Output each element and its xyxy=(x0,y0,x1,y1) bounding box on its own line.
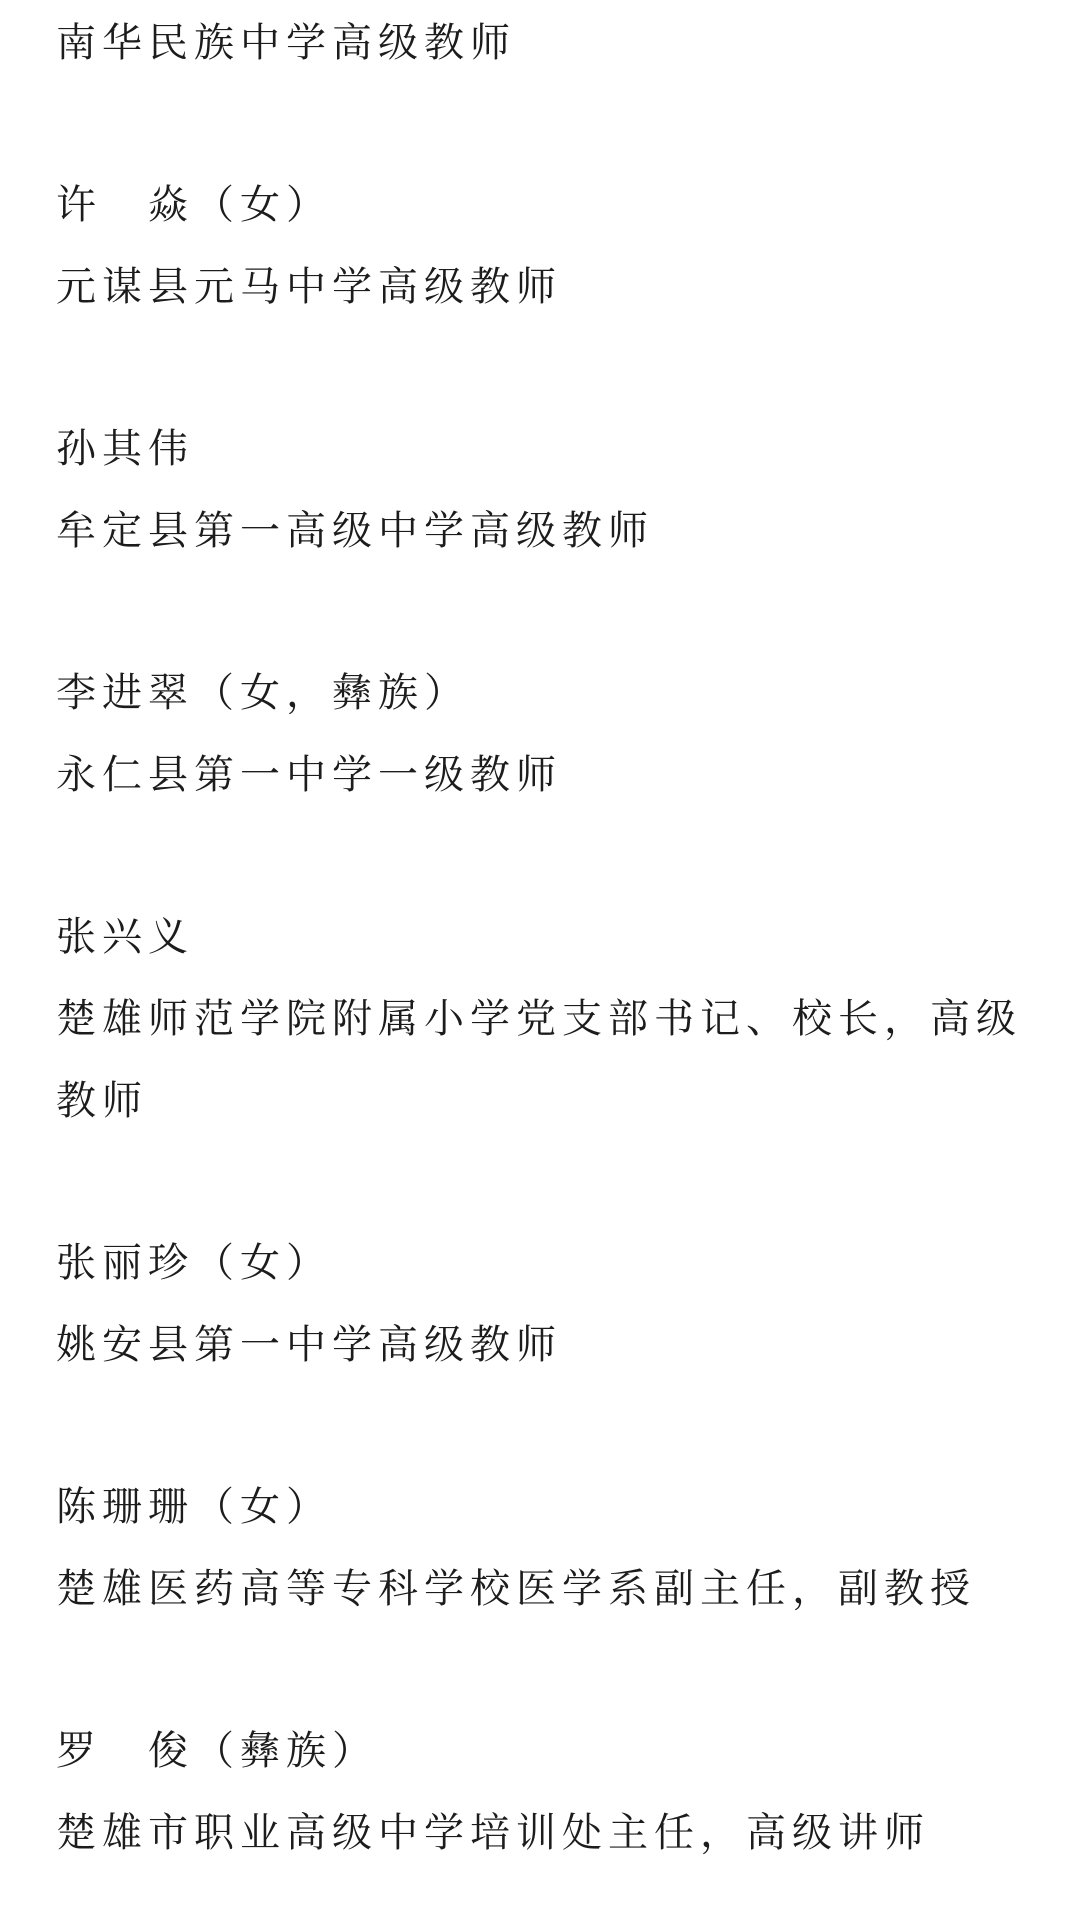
honoree-description: 牟定县第一高级中学高级教师 xyxy=(56,490,1056,572)
honoree-name: 陈珊珊（女） xyxy=(56,1466,1056,1548)
honoree-entry: 李进翠（女，彝族） 永仁县第一中学一级教师 xyxy=(56,652,1056,816)
honoree-list: 南华民族中学高级教师 许 焱（女） 元谋县元马中学高级教师 孙其伟 牟定县第一高… xyxy=(56,2,1056,1874)
honoree-name: 许 焱（女） xyxy=(56,164,1056,246)
honoree-description: 永仁县第一中学一级教师 xyxy=(56,734,1056,816)
honoree-description: 楚雄市职业高级中学培训处主任，高级讲师 xyxy=(56,1792,1056,1874)
honoree-entry: 陈珊珊（女） 楚雄医药高等专科学校医学系副主任，副教授 xyxy=(56,1466,1056,1630)
honoree-entry: 张丽珍（女） 姚安县第一中学高级教师 xyxy=(56,1222,1056,1386)
honoree-entry: 张兴义 楚雄师范学院附属小学党支部书记、校长，高级 教师 xyxy=(56,896,1056,1142)
honoree-description: 楚雄医药高等专科学校医学系副主任，副教授 xyxy=(56,1548,1056,1630)
honoree-description-line-2: 教师 xyxy=(56,1060,1056,1142)
honoree-entry: 罗 俊（彝族） 楚雄市职业高级中学培训处主任，高级讲师 xyxy=(56,1710,1056,1874)
honoree-name: 孙其伟 xyxy=(56,408,1056,490)
honoree-description: 姚安县第一中学高级教师 xyxy=(56,1304,1056,1386)
honoree-description: 元谋县元马中学高级教师 xyxy=(56,246,1056,328)
honoree-name: 张兴义 xyxy=(56,896,1056,978)
honoree-description-line-1: 楚雄师范学院附属小学党支部书记、校长，高级 xyxy=(56,978,1056,1060)
honoree-name: 罗 俊（彝族） xyxy=(56,1710,1056,1792)
honoree-entry: 许 焱（女） 元谋县元马中学高级教师 xyxy=(56,164,1056,328)
honoree-entry: 孙其伟 牟定县第一高级中学高级教师 xyxy=(56,408,1056,572)
previous-entry-description: 南华民族中学高级教师 xyxy=(56,2,1056,84)
honoree-name: 张丽珍（女） xyxy=(56,1222,1056,1304)
honoree-name: 李进翠（女，彝族） xyxy=(56,652,1056,734)
